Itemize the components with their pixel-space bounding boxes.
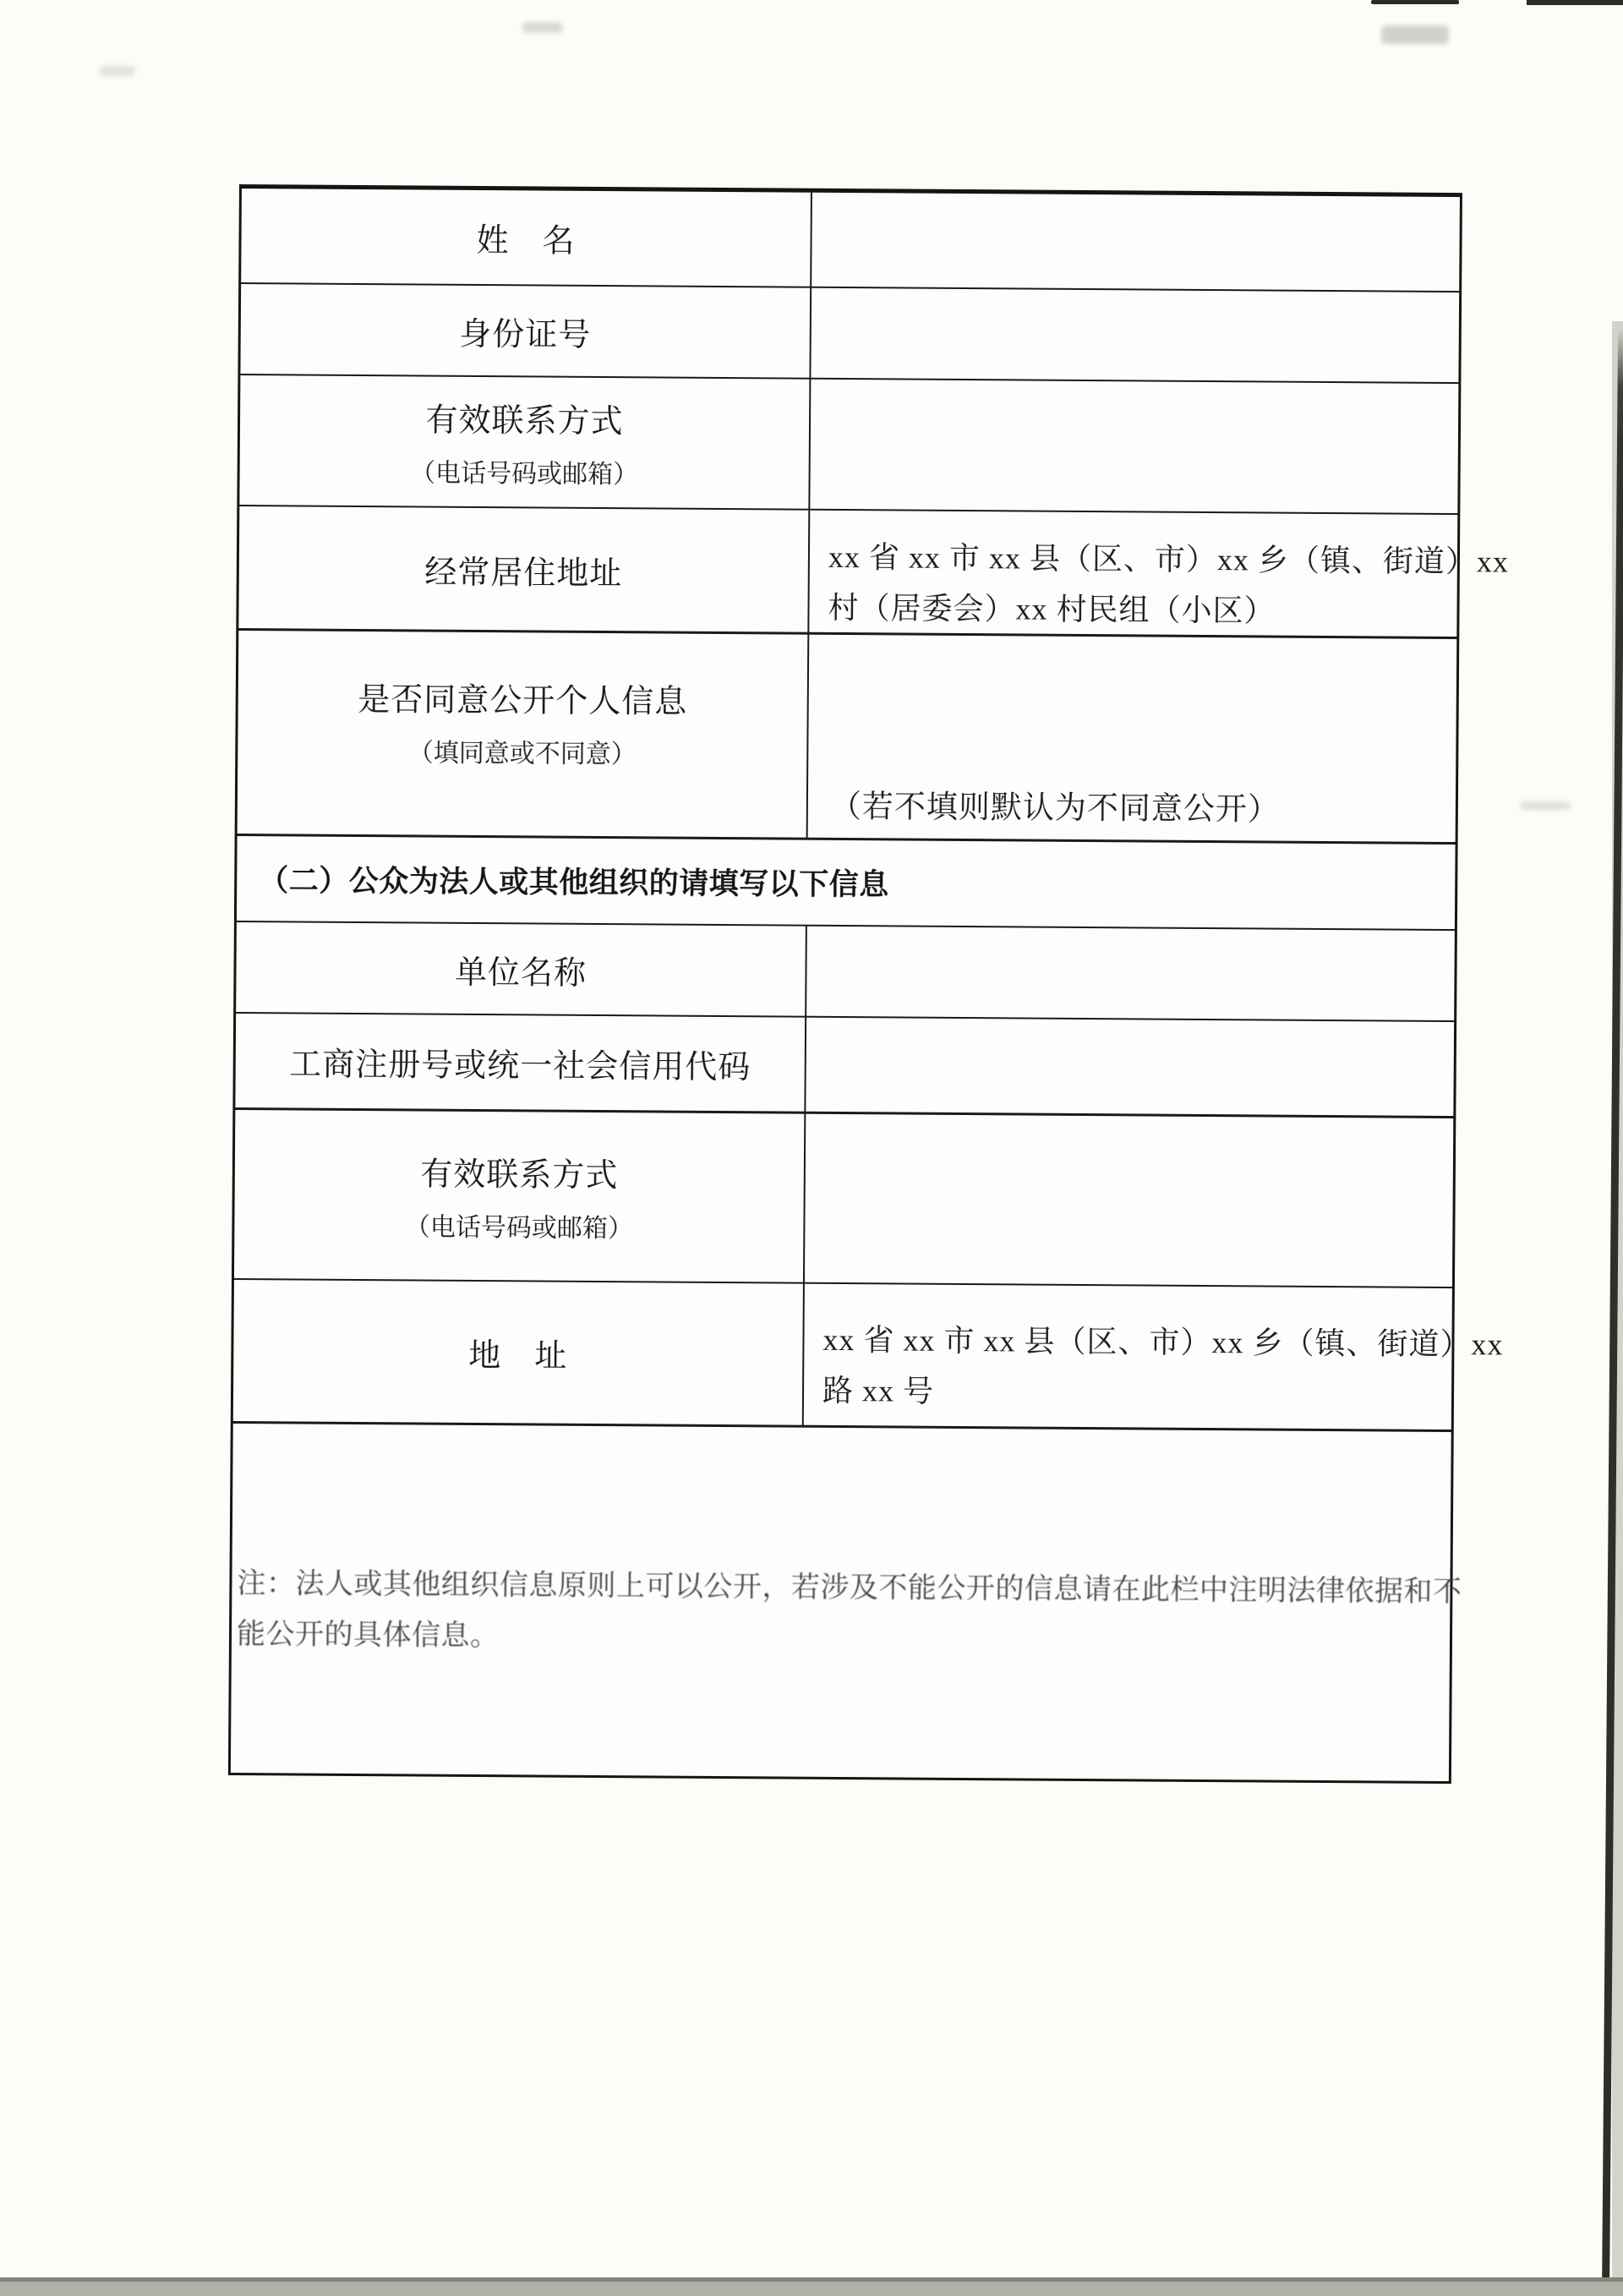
org-address-line2: 路 xx 号 [822, 1365, 1503, 1421]
name-label: 姓 名 [476, 214, 575, 261]
scan-smudge [1381, 25, 1449, 44]
field-label-cell: 单位名称 [236, 922, 807, 1016]
contact-sublabel: （电话号码或邮箱） [410, 451, 638, 490]
field-label-cell: 是否同意公开个人信息 （填同意或不同意） [238, 631, 810, 838]
scan-smudge [1520, 801, 1571, 810]
consent-label: 是否同意公开个人信息 [358, 672, 687, 721]
field-label-cell: 经常居住地址 [238, 506, 810, 633]
residence-address-label: 经常居住地址 [424, 546, 622, 594]
id-number-value-cell [811, 288, 1459, 382]
scanner-background-strip [0, 2282, 1623, 2296]
org-address-value-cell: xx 省 xx 市 xx 县（区、市）xx 乡（镇、街道）xx 路 xx 号 [804, 1284, 1504, 1430]
row-org-credit-code: 工商注册号或统一社会信用代码 [235, 1014, 1454, 1118]
scanned-form-page: 姓 名 身份证号 有效联系方式 （电话号码或邮箱） 经常居住地址 xx 省 xx… [0, 0, 1623, 2296]
scan-smudge-top-edge [1527, 0, 1623, 5]
org-contact-value-cell [805, 1114, 1453, 1287]
org-contact-sublabel: （电话号码或邮箱） [405, 1205, 633, 1244]
consent-value-cell: （若不填则默认为不同意公开） [808, 635, 1457, 842]
section2-title: （二）公众为法人或其他组织的请填写以下信息 [237, 836, 1456, 929]
residence-address-value-cell: xx 省 xx 市 xx 县（区、市）xx 乡（镇、街道）xx 村（居委会）xx… [809, 511, 1509, 638]
note-text-line1: 注：法人或其他组织信息原则上可以公开，若涉及不能公开的信息请在此栏中注明法律依据… [237, 1559, 1441, 1618]
org-credit-code-value-cell [806, 1018, 1454, 1116]
row-contact-personal: 有效联系方式 （电话号码或邮箱） [239, 375, 1458, 515]
scan-smudge [522, 22, 563, 33]
org-name-label: 单位名称 [455, 945, 587, 992]
contact-label: 有效联系方式 [425, 394, 623, 442]
org-address-line1: xx 省 xx 市 xx 县（区、市）xx 乡（镇、街道）xx [822, 1315, 1503, 1370]
scan-smudge [100, 66, 135, 76]
org-name-value-cell [806, 927, 1455, 1020]
note-cell: 注：法人或其他组织信息原则上可以公开，若涉及不能公开的信息请在此栏中注明法律依据… [231, 1424, 1451, 1778]
contact-value-cell [810, 380, 1458, 513]
application-form-table: 姓 名 身份证号 有效联系方式 （电话号码或邮箱） 经常居住地址 xx 省 xx… [228, 184, 1462, 1784]
org-address-label: 地 址 [468, 1329, 567, 1376]
org-contact-label: 有效联系方式 [420, 1148, 618, 1196]
id-number-label: 身份证号 [459, 307, 591, 354]
consent-default-hint: （若不填则默认为不同意公开） [830, 780, 1280, 829]
note-text-line2: 能公开的具体信息。 [237, 1610, 1441, 1669]
scan-smudge-top-edge [1371, 0, 1459, 4]
row-contact-org: 有效联系方式 （电话号码或邮箱） [234, 1110, 1453, 1288]
consent-sublabel: （填同意或不同意） [408, 731, 637, 770]
field-label-cell: 有效联系方式 （电话号码或邮箱） [239, 375, 811, 509]
row-org-name: 单位名称 [236, 922, 1455, 1022]
row-id-number: 身份证号 [240, 284, 1459, 384]
row-note: 注：法人或其他组织信息原则上可以公开，若涉及不能公开的信息请在此栏中注明法律依据… [231, 1424, 1451, 1778]
row-address-personal: 经常居住地址 xx 省 xx 市 xx 县（区、市）xx 乡（镇、街道）xx 村… [238, 506, 1457, 639]
field-label-cell: 姓 名 [241, 189, 812, 287]
field-label-cell: 地 址 [233, 1280, 805, 1425]
row-name: 姓 名 [241, 189, 1460, 292]
row-address-org: 地 址 xx 省 xx 市 xx 县（区、市）xx 乡（镇、街道）xx 路 xx… [233, 1280, 1452, 1432]
residence-address-line1: xx 省 xx 市 xx 县（区、市）xx 乡（镇、街道）xx [828, 532, 1509, 588]
row-consent: 是否同意公开个人信息 （填同意或不同意） （若不填则默认为不同意公开） [238, 631, 1457, 845]
field-label-cell: 工商注册号或统一社会信用代码 [235, 1014, 806, 1112]
name-value-cell [811, 193, 1460, 291]
residence-address-line2: 村（居委会）xx 村民组（小区） [828, 582, 1508, 638]
field-label-cell: 身份证号 [240, 284, 811, 378]
section2-header-row: （二）公众为法人或其他组织的请填写以下信息 [237, 836, 1456, 931]
field-label-cell: 有效联系方式 （电话号码或邮箱） [234, 1110, 806, 1282]
org-credit-code-label: 工商注册号或统一社会信用代码 [289, 1037, 751, 1087]
